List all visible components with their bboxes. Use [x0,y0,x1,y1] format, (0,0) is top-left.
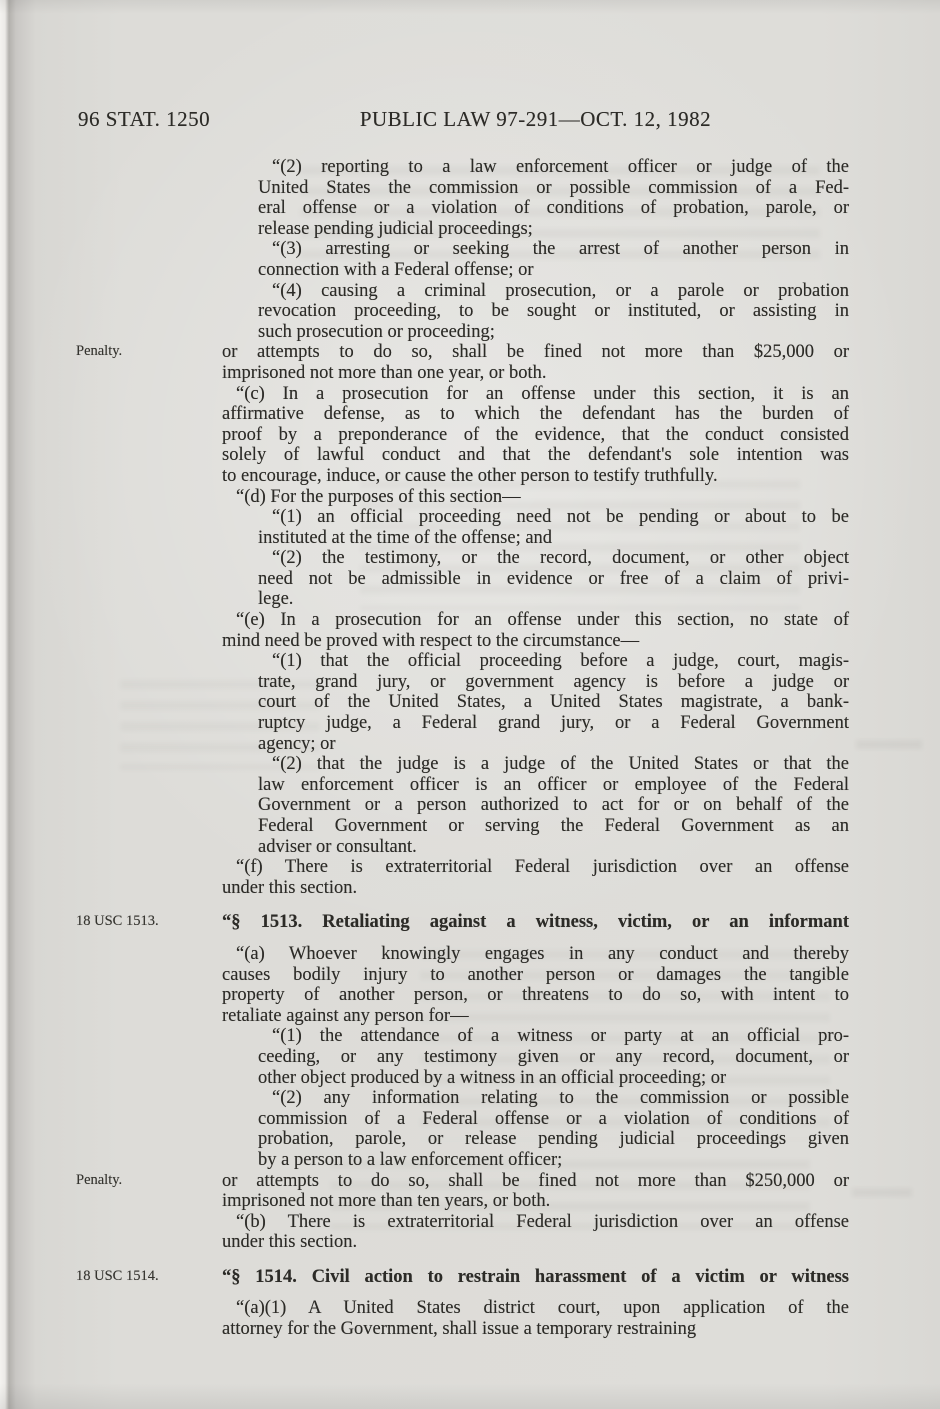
sec1512-e-clause-2: “(2) that the judge is a judge of the Un… [258,754,849,857]
sec1513-heading-block: 18 USC 1513. “§ 1513. Retaliating agains… [222,912,849,933]
sec1514-heading-block: 18 USC 1514. “§ 1514. Civil action to re… [222,1267,849,1288]
sec1512-paragraph-f: “(f) There is extraterritorial Federal j… [222,857,849,898]
sec1514-heading: “§ 1514. Civil action to restrain harass… [222,1267,849,1288]
bleedthrough-smudge [856,740,922,758]
sec1514-paragraph-a1: “(a)(1) A United States district court, … [222,1298,849,1339]
sec1513-clause-1: “(1) the attendance of a witness or part… [258,1026,849,1088]
public-law-header: PUBLIC LAW 97-291—OCT. 12, 1982 [222,107,849,132]
margin-note-penalty-1513: Penalty. [76,1172,214,1189]
sec1512-d-clause-1: “(1) an official proceeding need not be … [258,507,849,548]
sec1513-paragraph-b: “(b) There is extraterritorial Federal j… [222,1212,849,1253]
sec1512-penalty-block: Penalty. or attempts to do so, shall be … [222,342,849,383]
sec1513-clause-2: “(2) any information relating to the com… [258,1088,849,1170]
margin-note-usc-1513: 18 USC 1513. [76,913,214,930]
sec1512-paragraph-e: “(e) In a prosecution for an offense und… [222,610,849,651]
sec1513-paragraph-a: “(a) Whoever knowingly engages in any co… [222,944,849,1026]
statute-text-column: “(2) reporting to a law enforcement offi… [222,157,849,1340]
page-stat-number: 96 STAT. 1250 [78,107,210,132]
sec1512-paragraph-d: “(d) For the purposes of this section— [222,487,849,508]
sec1513-heading: “§ 1513. Retaliating against a witness, … [222,912,849,933]
bleedthrough-smudge [852,1188,912,1204]
sec1513-penalty-paragraph: or attempts to do so, shall be fined not… [222,1171,849,1212]
sec1512-clause-2: “(2) reporting to a law enforcement offi… [258,157,849,239]
sec1512-e-clause-1: “(1) that the official proceeding before… [258,651,849,754]
sec1512-clause-4: “(4) causing a criminal prosecution, or … [258,281,849,343]
sec1512-penalty-paragraph: or attempts to do so, shall be fined not… [222,342,849,383]
margin-note-penalty-1512: Penalty. [76,343,214,360]
sec1513-penalty-block: Penalty. or attempts to do so, shall be … [222,1171,849,1212]
scanned-statute-page: 96 STAT. 1250 PUBLIC LAW 97-291—OCT. 12,… [0,0,940,1409]
margin-note-usc-1514: 18 USC 1514. [76,1268,214,1285]
sec1512-d-clause-2: “(2) the testimony, or the record, docum… [258,548,849,610]
sec1512-paragraph-c: “(c) In a prosecution for an offense und… [222,384,849,487]
sec1512-clause-3: “(3) arresting or seeking the arrest of … [258,239,849,280]
